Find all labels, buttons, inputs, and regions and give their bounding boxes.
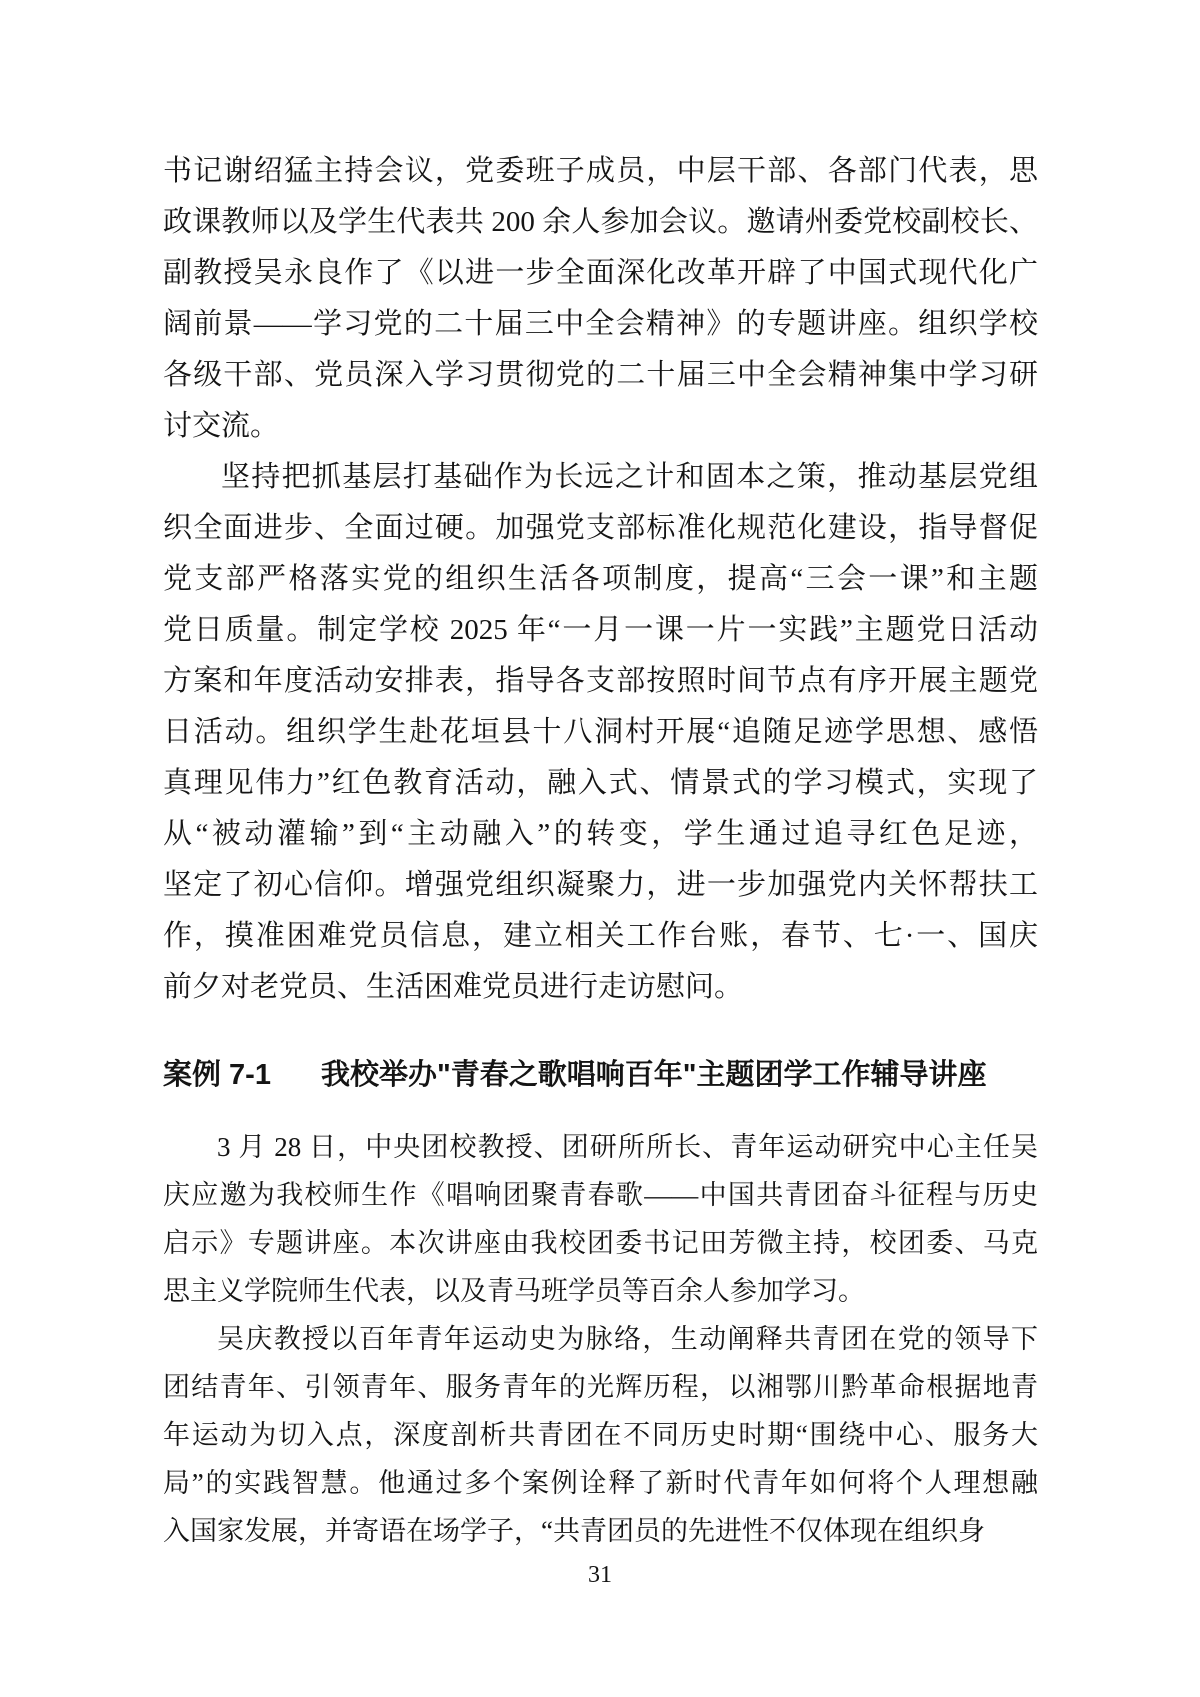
paragraph: 吴庆教授以百年青年运动史为脉络，生动阐释共青团在党的领导下团结青年、引领青年、服…	[163, 1315, 1038, 1555]
text-line: 庆应邀为我校师生作《唱响团聚青春歌——中国共青团奋斗征程与历史	[163, 1171, 1038, 1219]
text-line: 坚持把抓基层打基础作为长远之计和固本之策，推动基层党组	[163, 452, 1038, 503]
text-line: 前夕对老党员、生活困难党员进行走访慰问。	[163, 962, 1038, 1013]
text-line: 入国家发展，并寄语在场学子，“共青团员的先进性不仅体现在组织身	[163, 1507, 1038, 1555]
text-line: 坚定了初心信仰。增强党组织凝聚力，进一步加强党内关怀帮扶工	[163, 860, 1038, 911]
text-line: 党支部严格落实党的组织生活各项制度，提高“三会一课”和主题	[163, 554, 1038, 605]
case-heading-label: 案例 7-1	[163, 1059, 271, 1091]
text-line: 年运动为切入点，深度剖析共青团在不同历史时期“围绕中心、服务大	[163, 1411, 1038, 1459]
document-page: 书记谢绍猛主持会议，党委班子成员，中层干部、各部门代表，思政课教师以及学生代表共…	[0, 0, 1200, 1697]
text-line: 政课教师以及学生代表共 200 余人参加会议。邀请州委党校副校长、	[163, 197, 1038, 248]
text-line: 阔前景——学习党的二十届三中全会精神》的专题讲座。组织学校	[163, 299, 1038, 350]
text-line: 副教授吴永良作了《以进一步全面深化改革开辟了中国式现代化广	[163, 248, 1038, 299]
text-line: 各级干部、党员深入学习贯彻党的二十届三中全会精神集中学习研	[163, 350, 1038, 401]
text-line: 作，摸准困难党员信息，建立相关工作台账，春节、七·一、国庆	[163, 911, 1038, 962]
text-line: 思主义学院师生代表，以及青马班学员等百余人参加学习。	[163, 1267, 1038, 1315]
case-heading: 案例 7-1我校举办"青春之歌唱响百年"主题团学工作辅导讲座	[163, 1053, 1038, 1097]
text-line: 从“被动灌输”到“主动融入”的转变，学生通过追寻红色足迹，	[163, 809, 1038, 860]
text-line: 书记谢绍猛主持会议，党委班子成员，中层干部、各部门代表，思	[163, 146, 1038, 197]
page-number: 31	[0, 1562, 1200, 1589]
text-line: 织全面进步、全面过硬。加强党支部标准化规范化建设，指导督促	[163, 503, 1038, 554]
text-line: 吴庆教授以百年青年运动史为脉络，生动阐释共青团在党的领导下	[163, 1315, 1038, 1363]
text-line: 团结青年、引领青年、服务青年的光辉历程，以湘鄂川黔革命根据地青	[163, 1363, 1038, 1411]
text-line: 日活动。组织学生赴花垣县十八洞村开展“追随足迹学思想、感悟	[163, 707, 1038, 758]
text-line: 讨交流。	[163, 401, 1038, 452]
paragraph: 书记谢绍猛主持会议，党委班子成员，中层干部、各部门代表，思政课教师以及学生代表共…	[163, 146, 1038, 452]
text-line: 局”的实践智慧。他通过多个案例诠释了新时代青年如何将个人理想融	[163, 1459, 1038, 1507]
paragraph: 坚持把抓基层打基础作为长远之计和固本之策，推动基层党组织全面进步、全面过硬。加强…	[163, 452, 1038, 1013]
text-line: 真理见伟力”红色教育活动，融入式、情景式的学习模式，实现了	[163, 758, 1038, 809]
paragraph: 3 月 28 日，中央团校教授、团研所所长、青年运动研究中心主任吴庆应邀为我校师…	[163, 1123, 1038, 1315]
text-line: 启示》专题讲座。本次讲座由我校团委书记田芳微主持，校团委、马克	[163, 1219, 1038, 1267]
text-line: 3 月 28 日，中央团校教授、团研所所长、青年运动研究中心主任吴	[163, 1123, 1038, 1171]
text-line: 方案和年度活动安排表，指导各支部按照时间节点有序开展主题党	[163, 656, 1038, 707]
case-heading-title: 我校举办"青春之歌唱响百年"主题团学工作辅导讲座	[321, 1059, 987, 1091]
document-content: 书记谢绍猛主持会议，党委班子成员，中层干部、各部门代表，思政课教师以及学生代表共…	[163, 146, 1038, 1555]
text-line: 党日质量。制定学校 2025 年“一月一课一片一实践”主题党日活动	[163, 605, 1038, 656]
